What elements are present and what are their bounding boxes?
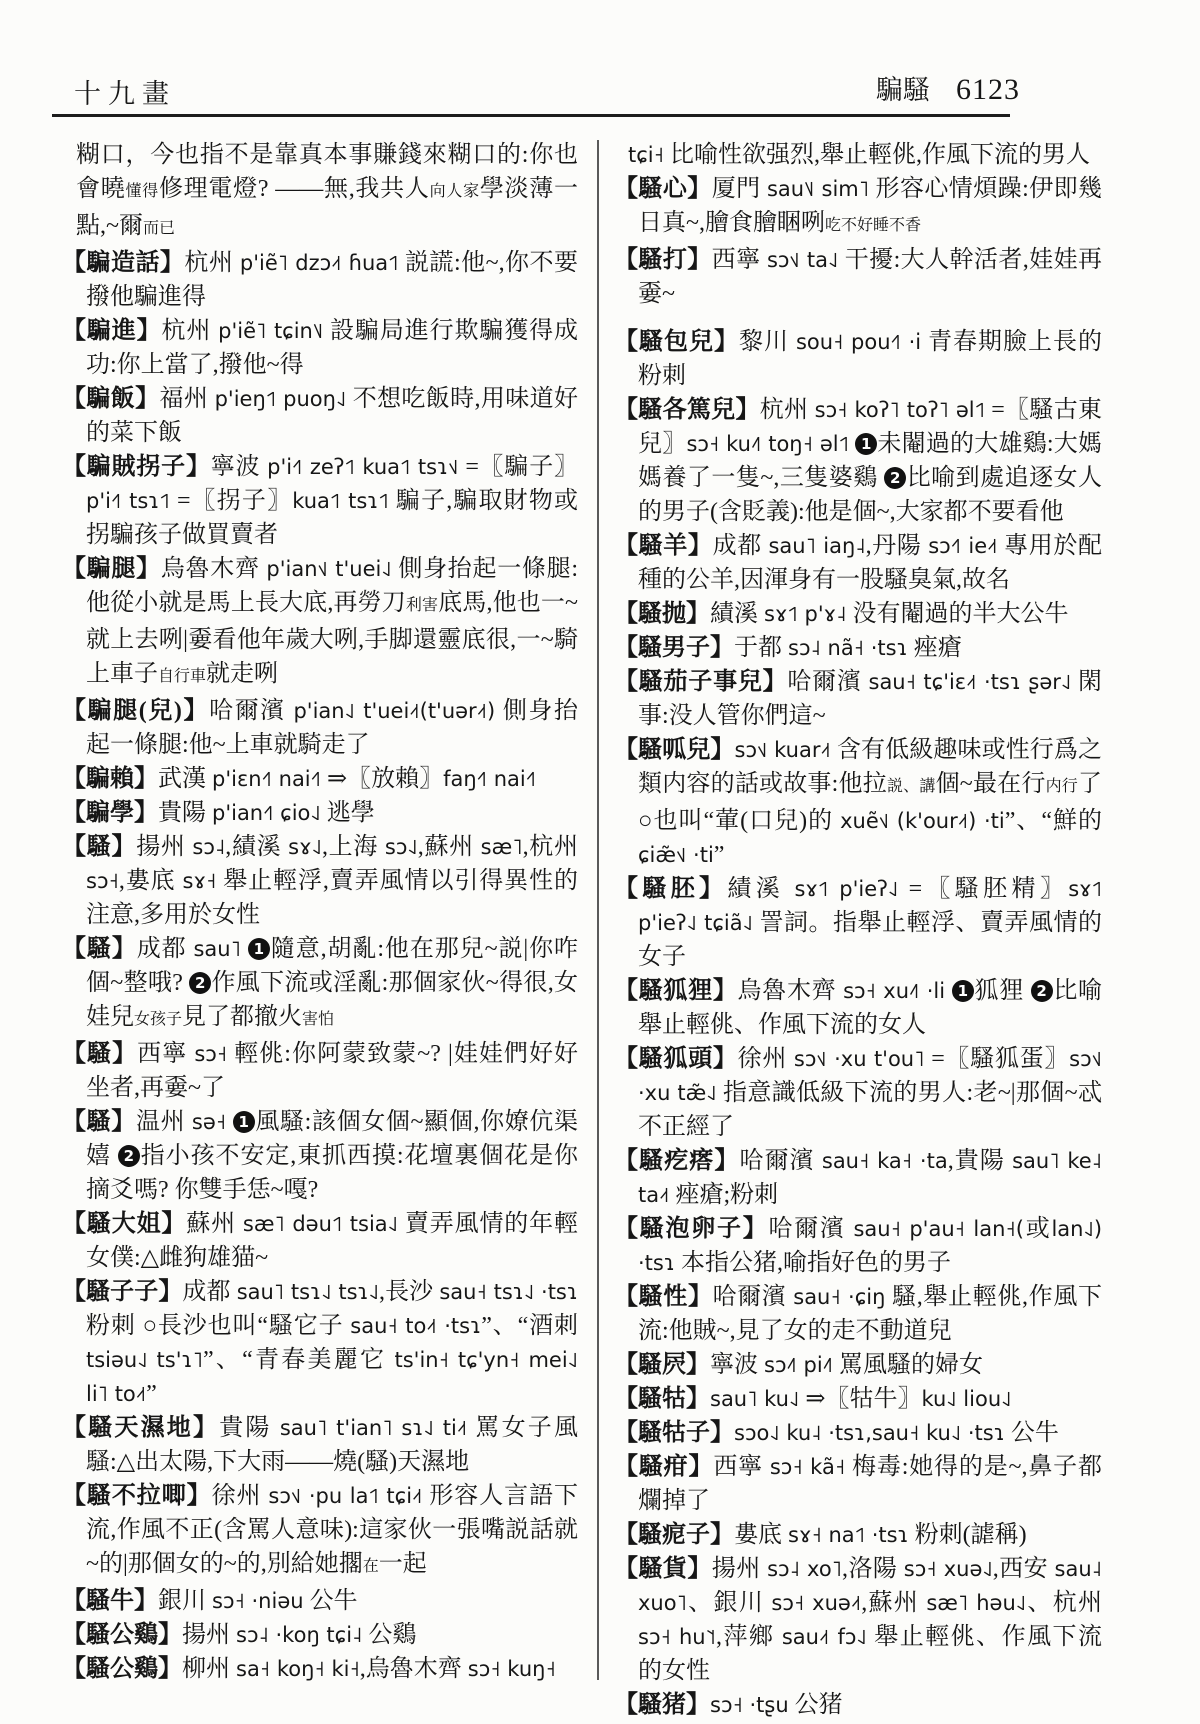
entry-headword: 【騷】	[62, 834, 136, 860]
pronunciation: sau˥ tsɿ˨˩ tsɿ˨˩	[237, 1280, 379, 1304]
pronunciation: sau˧ ka˧ ·ta	[822, 1149, 948, 1173]
pronunciation: tsiəu˨˩ ts'ɿ˥	[86, 1348, 203, 1372]
pronunciation: sɔ˧ kuŋ˧	[468, 1657, 556, 1681]
dict-entry: 【騷包兒】黎川 sou˧ pou˧˥ ·i 青春期臉上長的粉刺	[614, 325, 1102, 393]
dict-entry: 【騷】温州 sə˧ 1風騷:該個女個~顯個,你嫽伉渠嬉 2指小孩不安定,東抓西摸…	[62, 1105, 578, 1207]
definition-text: 揚州	[712, 1556, 767, 1582]
dict-entry: 【騙賴】武漢 p'iɛn˧˥ nai˧˥ ⇒〖放賴〗faŋ˧˥ nai˧˥	[62, 762, 578, 796]
definition-text: 杭州	[184, 250, 239, 276]
pronunciation: ku˨˩ liou˨˩	[921, 1387, 1011, 1411]
definition-text: ,萍鄉	[716, 1624, 782, 1650]
entry-headword: 【騙腿(兒)】	[62, 698, 209, 724]
annotation-small: 而已	[143, 220, 175, 237]
definition-text: ,貴陽	[948, 1148, 1012, 1174]
entry-headword: 【騷疙瘩】	[614, 1148, 739, 1174]
pronunciation: sɔ˨	[192, 835, 225, 859]
pronunciation: sou˧ pou˧˥ ·i	[796, 330, 921, 354]
entry-headword: 【騷心】	[614, 176, 712, 202]
definition-text: ”、“鮮的	[1005, 808, 1102, 834]
pronunciation: sɤ˦˥ p'ieʔ˨˩	[794, 877, 898, 901]
entry-headword: 【騷打】	[614, 247, 712, 273]
definition-text: ⇒〖放賴〗	[321, 766, 443, 792]
definition-text: 哈爾濱	[739, 1148, 821, 1174]
definition-text: 罵風騷的婦女	[833, 1352, 983, 1378]
entry-headword: 【騷公鷄】	[62, 1622, 182, 1648]
dict-entry: 【騷打】西寧 sɔ˦˩ ta˨˩ 干擾:大人幹活者,娃娃再嫑~	[614, 243, 1102, 311]
entry-headword: 【騷各篤兒】	[614, 397, 760, 423]
definition-text: 揚州	[182, 1622, 236, 1648]
dict-entry: 【騷】揚州 sɔ˨,績溪 sɤ˨˩,上海 sɔ˨˩,蘇州 sæ˥,杭州 sɔ˧,…	[62, 830, 578, 932]
definition-text: ”、“酒刺	[481, 1313, 578, 1339]
pronunciation: sau˥	[193, 937, 240, 961]
pronunciation: kua˦˥ tsɿ˦˥	[292, 489, 389, 513]
definition-text: 見了都撤火	[182, 1004, 302, 1030]
definition-text: 成都	[182, 1279, 236, 1305]
dict-entry: 【騙進】杭州 p'iẽ˥ tɕin˥˩ 設騙局進行欺騙獲得成功:你上當了,撥他~…	[62, 314, 578, 382]
sense-number-badge: 1	[248, 938, 270, 960]
dict-entry: 【騷不拉唧】徐州 sɔ˦˩ ·pu la˦˥ tɕi˨˦ 形容人言語下流,作風不…	[62, 1479, 578, 1584]
header-section-label: 十九畫	[74, 72, 176, 111]
entry-headword: 【騷狐頭】	[614, 1046, 738, 1072]
dict-entry: 【騙賊拐子】寧波 p'i˧˥ zeʔ˦˥ kua˦˥ tsɿ˦˩ =〖騙子〗p'…	[62, 450, 578, 552]
entry-headword: 【騙賊拐子】	[62, 454, 211, 480]
definition-text: 績溪	[727, 876, 794, 902]
definition-text: 貴陽	[219, 1415, 280, 1441]
definition-text: 武漢	[158, 766, 212, 792]
dict-entry: 【騷】成都 sau˥ 1隨意,胡亂:他在那兒~説|你咋個~整哦? 2作風下流或淫…	[62, 932, 578, 1037]
pronunciation: p'ian˧˥ ɕio˨˩	[212, 801, 321, 825]
dict-entry: 【騷抛】績溪 sɤ˦˥ p'ɤ˨ 没有閹過的半大公牛	[614, 597, 1102, 631]
dict-entry: 【騷泡卵子】哈爾濱 sau˧ p'au˧ lan˧(或lan˨˩) ·tsɿ 本…	[614, 1212, 1102, 1280]
entry-headword: 【騙學】	[62, 800, 158, 826]
pronunciation: sau˨˦ fɔ˨˩	[782, 1625, 867, 1649]
header-right: 騙騷6123	[876, 68, 1020, 107]
annotation-small: 自行車	[158, 668, 206, 685]
definition-text: 温州	[136, 1109, 192, 1135]
pronunciation: sau˧ p'au˧ lan˧(	[853, 1217, 1024, 1241]
dict-entry: 【騷呱兒】sɔ˦˩ kuar˨˦ 含有低級趣味或性行爲之類内容的話或故事:他拉説…	[614, 733, 1102, 872]
annotation-small: 女孩子	[134, 1011, 182, 1028]
pronunciation: sɤ˧ na˦˥ ·tsɿ	[788, 1523, 909, 1547]
pronunciation: sɔ˧ ·niəu	[212, 1589, 304, 1613]
dict-entry: 【騙飯】福州 p'ieŋ˦˥ puoŋ˨˩ 不想吃飯時,用味道好的菜下飯	[62, 382, 578, 450]
pronunciation: p'iẽ˥ dzɔ˨˦ ɦua˦˥	[240, 251, 399, 275]
definition-text: ⇒〖牯牛〗	[799, 1386, 921, 1412]
entry-headword: 【騷茄子事兒】	[614, 669, 787, 695]
definition-text: 哈爾濱	[768, 1216, 853, 1242]
entry-headword: 【騷天濕地】	[62, 1415, 219, 1441]
pronunciation: sɔ˧ ·tʂu	[710, 1693, 789, 1717]
definition-text: =〖騷胚精〗	[898, 876, 1068, 902]
entry-headword: 【騷狐狸】	[614, 978, 738, 1004]
definition-text	[241, 936, 248, 962]
entry-headword: 【騷羊】	[614, 533, 713, 559]
annotation-small: 懂得	[125, 183, 158, 200]
right-column: tɕi˧ 比喻性欲强烈,舉止輕佻,作風下流的男人【騷心】厦門 sau˥˩ sim…	[614, 138, 1102, 1722]
annotation-small: 説、講	[887, 778, 936, 795]
entry-headword: 【騙腿】	[62, 556, 161, 582]
dict-entry: 【騷狐狸】烏魯木齊 sɔ˧ xu˨˥ ·li 1狐狸 2比喻舉止輕佻、作風下流的…	[614, 974, 1102, 1042]
pronunciation: p'iɛn˧˥ nai˧˥	[212, 767, 321, 791]
definition-text: 成都	[137, 936, 194, 962]
entry-headword: 【騷牛】	[62, 1588, 158, 1614]
definition-text: 粉刺(謔稱)	[909, 1522, 1027, 1548]
dict-entry: 【騙造話】杭州 p'iẽ˥ dzɔ˨˦ ɦua˦˥ 説謊:他~,你不要撥他騙進得	[62, 246, 578, 314]
pronunciation: faŋ˧˥ nai˧˥	[443, 767, 536, 791]
definition-text: 成都	[713, 533, 769, 559]
header-page-number: 6123	[956, 73, 1020, 106]
pronunciation: sə˧	[192, 1110, 226, 1134]
entry-headword: 【騙造話】	[62, 250, 184, 276]
pronunciation: p'i˧˥ zeʔ˦˥ kua˦˥ tsɿ˦˩	[267, 455, 458, 479]
entry-headword: 【騙進】	[62, 318, 162, 344]
pronunciation: p'iẽ˥ tɕin˥˩	[218, 319, 323, 343]
dictionary-page: 十九畫 騙騷6123 糊口，今也指不是靠真本事賺錢來糊口的:你也會曉懂得修理電燈…	[0, 0, 1200, 1724]
pronunciation: sɔ˨ ·koŋ tɕi˨	[236, 1623, 362, 1647]
pronunciation: sɔ˦˩ ta˨˩	[767, 248, 838, 272]
pronunciation: sɔ˧ kã˧	[770, 1455, 845, 1479]
dict-entry: 【騙腿】烏魯木齊 p'ian˦˩ t'uei˨˩ 側身抬起一條腿:他從小就是馬上…	[62, 552, 578, 694]
definition-text: 就走咧	[206, 661, 278, 687]
pronunciation: sɔ˧ xuə˨˦	[771, 1591, 861, 1615]
entry-headword: 【騙賴】	[62, 766, 158, 792]
definition-text: 徐州	[738, 1046, 794, 1072]
entry-headword: 【騷】	[62, 936, 137, 962]
dict-entry: 【騷天濕地】貴陽 sau˥ t'ian˥ sɿ˨˩ ti˨˦ 罵女子風騷:△出太…	[62, 1411, 578, 1479]
left-column: 糊口，今也指不是靠真本事賺錢來糊口的:你也會曉懂得修理電燈? ——無,我共人向人…	[62, 138, 578, 1686]
dict-entry: 【騷羊】成都 sau˥ iaŋ˨,丹陽 sɔ˧˥ ie˨˦ 專用於配種的公羊,因…	[614, 529, 1102, 597]
definition-text: 指小孩不安定,東抓西摸:花壇裏個花是你摘爻嗎? 你雙手恁~嘎?	[86, 1143, 578, 1203]
definition-text: 没有閹過的半大公牛	[846, 601, 1068, 627]
annotation-small: 向人家	[430, 183, 480, 200]
entry-headword: 【騷牯子】	[614, 1420, 734, 1446]
dict-entry: 【騷屄】寧波 sɔ˨˥ pi˨˥ 罵風騷的婦女	[614, 1348, 1102, 1382]
sense-number-badge: 2	[1031, 980, 1053, 1002]
definition-text: 公鷄	[362, 1622, 416, 1648]
entry-headword: 【騷不拉唧】	[62, 1483, 212, 1509]
entry-headword: 【騷泡卵子】	[614, 1216, 768, 1242]
column-divider	[597, 140, 599, 1680]
definition-text: ,洛陽	[842, 1556, 904, 1582]
entry-headword: 【騷胚】	[614, 876, 727, 902]
definition-text	[226, 1109, 233, 1135]
dict-entry: 【騷茄子事兒】哈爾濱 sau˧ tɕ'iɛ˨˦ ·tsɿ ʂər˨˩ 閑事:没人…	[614, 665, 1102, 733]
definition-text: 一起	[379, 1551, 427, 1577]
definition-text: 西寧	[137, 1041, 194, 1067]
entry-headword: 【騷公鷄】	[62, 1656, 182, 1682]
annotation-small: 内行	[1046, 778, 1078, 795]
pronunciation: p'ieŋ˦˥ puoŋ˨˩	[215, 387, 347, 411]
dict-entry: 【騷】西寧 sɔ˧ 輕佻:你阿蒙致蒙~? |娃娃們好好坐者,再嫑~了	[62, 1037, 578, 1105]
dict-entry: 【騷公鷄】揚州 sɔ˨ ·koŋ tɕi˨ 公鷄	[62, 1618, 578, 1652]
pronunciation: sau˧ tsɿ˨˩ ·tsɿ	[439, 1280, 578, 1304]
definition-text: ,長沙	[379, 1279, 439, 1305]
pronunciation: sɔ˧ ku˨˥ toŋ˧ əl˦˥	[686, 432, 849, 456]
definition-text: 哈爾濱	[209, 698, 293, 724]
pronunciation: sɔ˧ hu˥˦	[638, 1625, 716, 1649]
definition-text: 公牛	[1005, 1420, 1059, 1446]
pronunciation: p'ian˨˩ t'uei˨˦(t'uər˨˦)	[293, 699, 495, 723]
dict-entry: 【騷牯子】sɔo˨˩ ku˨ ·tsɿ,sau˧ ku˨˩ ·tsɿ 公牛	[614, 1416, 1102, 1450]
definition-text: 貴陽	[158, 800, 212, 826]
dict-entry: 【騷大姐】蘇州 sæ˥ dəu˦˥ tsia˨˩ 賣弄風情的年輕女僕:△雌狗雄猫…	[62, 1207, 578, 1275]
pronunciation: ɕiæ̃˦˩ ·ti	[638, 843, 714, 867]
pronunciation: sæ˥	[481, 835, 523, 859]
definition-text: =〖拐子〗	[170, 488, 292, 514]
dict-entry: 【騷男子】于都 sɔ˨ nã˧ ·tsɿ 痤瘡	[614, 631, 1102, 665]
dict-entry: tɕi˧ 比喻性欲强烈,舉止輕佻,作風下流的男人	[614, 138, 1102, 172]
dict-entry: 【騷心】厦門 sau˥˩ sim˥ 形容心情煩躁:伊即幾日真~,膾食膾睏咧吃不好…	[614, 172, 1102, 243]
sense-number-badge: 2	[118, 1145, 140, 1167]
pronunciation: sɔ˧	[194, 1042, 227, 1066]
definition-text: 公牛	[304, 1588, 358, 1614]
dict-entry: 【騷痆子】婁底 sɤ˧ na˦˥ ·tsɿ 粉刺(謔稱)	[614, 1518, 1102, 1552]
header-rule	[52, 114, 1010, 117]
definition-text: 痤瘡;粉刺	[669, 1182, 778, 1208]
entry-headword: 【騷貨】	[614, 1556, 712, 1582]
pronunciation: sau˧ ·ɕiŋ	[793, 1285, 885, 1309]
pronunciation: sau˥ iaŋ˨	[768, 534, 865, 558]
definition-text: 寧波	[211, 454, 267, 480]
entry-headword: 【騷疳】	[614, 1454, 713, 1480]
pronunciation: sau˥ t'ian˥ sɿ˨˩ ti˨˦	[280, 1416, 467, 1440]
entry-headword: 【騷子子】	[62, 1279, 182, 1305]
definition-text	[945, 978, 952, 1004]
dict-entry: 【騙腿(兒)】哈爾濱 p'ian˨˩ t'uei˨˦(t'uər˨˦) 側身抬起…	[62, 694, 578, 762]
annotation-small: 在	[363, 1558, 379, 1575]
definition-text: 本指公猪,喻指好色的男子	[675, 1250, 951, 1276]
definition-text: ,績溪	[225, 834, 288, 860]
pronunciation: p'i˧˥ tsɿ˦˥	[86, 489, 170, 513]
definition-text: 西寧	[712, 247, 767, 273]
entry-headword: 【騷包兒】	[614, 329, 739, 355]
header-headword-range: 騙騷	[876, 75, 930, 105]
pronunciation: sa˧ koŋ˧ ki˧	[236, 1657, 360, 1681]
definition-text: ,西安	[993, 1556, 1055, 1582]
definition-text: 個~最在行	[936, 771, 1046, 797]
definition-text: 銀川	[158, 1588, 212, 1614]
pronunciation: sɔ˨ nã˧ ·tsɿ	[788, 636, 908, 660]
pronunciation: p'ian˦˩ t'uei˨˩	[266, 557, 391, 581]
dict-entry: 【騷牛】銀川 sɔ˧ ·niəu 公牛	[62, 1584, 578, 1618]
definition-text: 比喻性欲强烈,舉止輕佻,作風下流的男人	[664, 142, 1090, 168]
entry-headword: 【騷牯】	[614, 1386, 710, 1412]
definition-text: ,丹陽	[866, 533, 929, 559]
definition-text: 或	[1024, 1216, 1052, 1242]
definition-text: 痤瘡	[908, 635, 962, 661]
pronunciation: sau˥ ku˨˩	[710, 1387, 799, 1411]
pronunciation: sɤ˨˩	[288, 835, 322, 859]
dict-entry: 【騷猪】sɔ˧ ·tʂu 公猪	[614, 1688, 1102, 1722]
definition-text: 烏魯木齊	[161, 556, 267, 582]
dict-entry: 【騷性】哈爾濱 sau˧ ·ɕiŋ 騷,舉止輕佻,作風下流:他賊~,見了女的走不…	[614, 1280, 1102, 1348]
entry-headword: 【騷性】	[614, 1284, 713, 1310]
entry-headword: 【騷呱兒】	[614, 737, 735, 763]
definition-text: 徐州	[212, 1483, 269, 1509]
pronunciation: sɔ˨˥ pi˨˥	[764, 1353, 833, 1377]
dict-entry: 【騙學】貴陽 p'ian˧˥ ɕio˨˩ 逃學	[62, 796, 578, 830]
sense-number-badge: 1	[855, 433, 877, 455]
definition-text: 寧波	[710, 1352, 764, 1378]
definition-text: ”、“青春美麗它	[203, 1347, 395, 1373]
definition-text: ,杭州	[523, 834, 578, 860]
pronunciation: sau˧ to˨˦ ·tsɿ	[350, 1314, 481, 1338]
dict-entry: 【騷狐頭】徐州 sɔ˦˩ ·xu t'ou˥ =〖騷狐蛋〗sɔ˦˩ ·xu tæ…	[614, 1042, 1102, 1144]
sense-number-badge: 2	[884, 467, 906, 489]
definition-text: 哈爾濱	[787, 669, 868, 695]
definition-text: 公猪	[789, 1692, 843, 1718]
pronunciation: sɔo˨˩ ku˨ ·tsɿ,sau˧ ku˨˩ ·tsɿ	[734, 1421, 1005, 1445]
pronunciation: sɤ˧	[183, 869, 217, 893]
dict-entry: 【騷公鷄】柳州 sa˧ koŋ˧ ki˧,烏魯木齊 sɔ˧ kuŋ˧	[62, 1652, 578, 1686]
dict-entry: 【騷貨】揚州 sɔ˨ xo˥,洛陽 sɔ˧ xuə˨˩,西安 sau˨ xuo˥…	[614, 1552, 1102, 1688]
dict-entry: 糊口，今也指不是靠真本事賺錢來糊口的:你也會曉懂得修理電燈? ——無,我共人向人…	[62, 138, 578, 246]
pronunciation: xuẽ˦˩ (k'our˨˦) ·ti	[840, 809, 1005, 833]
definition-text: 烏魯木齊	[738, 978, 844, 1004]
definition-text: ”	[146, 1381, 157, 1407]
pronunciation: sɔ˨˩	[385, 835, 418, 859]
annotation-small: 害怕	[302, 1011, 334, 1028]
dict-entry: 【騷疳】西寧 sɔ˧ kã˧ 梅毒:她得的是~,鼻子都爛掉了	[614, 1450, 1102, 1518]
entry-headword: 【騙飯】	[62, 386, 159, 412]
definition-text: ,蘇州	[418, 834, 481, 860]
definition-text: 厦門	[712, 176, 767, 202]
definition-text: 福州	[159, 386, 214, 412]
definition-text: 西寧	[713, 1454, 770, 1480]
definition-text: =〖騙子〗	[459, 454, 578, 480]
definition-text: ,烏魯木齊	[360, 1656, 468, 1682]
definition-text: 績溪	[710, 601, 764, 627]
definition-text: 黎川	[739, 329, 796, 355]
definition-text: 粉刺 ○長沙也叫“騷它子	[86, 1313, 350, 1339]
entry-headword: 【騷男子】	[614, 635, 734, 661]
definition-text: 狐狸	[974, 978, 1031, 1004]
entry-headword: 【騷抛】	[614, 601, 710, 627]
sense-number-badge: 1	[952, 980, 974, 1002]
definition-text: 婁底	[734, 1522, 788, 1548]
pronunciation: sɔ˧ koʔ˥ toʔ˥ əl˦˥	[815, 398, 985, 422]
pronunciation: sɔ˦˩ ·pu la˦˥ tɕi˨˦	[268, 1484, 422, 1508]
dict-entry: 【騷各篤兒】杭州 sɔ˧ koʔ˥ toʔ˥ əl˦˥ =〖騷古東兒〗sɔ˧ k…	[614, 393, 1102, 529]
definition-text: 杭州	[162, 318, 219, 344]
definition-text: ,婁底	[119, 868, 183, 894]
dict-entry: 【騷牯】sau˥ ku˨˩ ⇒〖牯牛〗ku˨˩ liou˨˩	[614, 1382, 1102, 1416]
pronunciation: sau˧ tɕ'iɛ˨˦ ·tsɿ ʂər˨˩	[869, 670, 1072, 694]
pronunciation: sau˥˩ sim˥	[767, 177, 869, 201]
pronunciation: sɔ˦˩ kuar˨˦	[735, 738, 831, 762]
definition-text: ”	[714, 842, 725, 868]
pronunciation: tɕi˧	[628, 143, 664, 167]
entry-headword: 【騷猪】	[614, 1692, 710, 1718]
entry-headword: 【騷】	[62, 1041, 137, 1067]
annotation-small: 利害	[406, 597, 438, 614]
definition-text: 逃學	[321, 800, 375, 826]
pronunciation: sɔ˨ xo˥	[767, 1557, 842, 1581]
sense-number-badge: 1	[233, 1111, 255, 1133]
sense-number-badge: 2	[189, 972, 211, 994]
definition-text: 杭州	[760, 397, 815, 423]
definition-text: 、杭州	[1026, 1590, 1102, 1616]
entry-headword: 【騷痆子】	[614, 1522, 734, 1548]
dict-entry: 【騷子子】成都 sau˥ tsɿ˨˩ tsɿ˨˩,長沙 sau˧ tsɿ˨˩ ·…	[62, 1275, 578, 1411]
definition-text: 揚州	[136, 834, 192, 860]
pronunciation: sɤ˦˥ p'ɤ˨	[764, 602, 846, 626]
definition-text: 柳州	[182, 1656, 236, 1682]
definition-text: 、銀川	[687, 1590, 771, 1616]
definition-text: 修理電燈? ——無,我共人	[159, 176, 430, 202]
dict-entry: 【騷胚】績溪 sɤ˦˥ p'ieʔ˨˩ =〖騷胚精〗sɤ˦˥ p'ieʔ˨˩ t…	[614, 872, 1102, 974]
dict-entry: 【騷疙瘩】哈爾濱 sau˧ ka˧ ·ta,貴陽 sau˥ ke˨ ta˨˦ 痤…	[614, 1144, 1102, 1212]
annotation-small: 吃不好睡不香	[825, 217, 921, 234]
pronunciation: sɔ˧ xuə˨˩	[904, 1557, 993, 1581]
entry-headword: 【騷大姐】	[62, 1211, 186, 1237]
pronunciation: sæ˥ dəu˦˥ tsia˨˩	[243, 1212, 398, 1236]
definition-text: 于都	[734, 635, 788, 661]
entry-headword: 【騷】	[62, 1109, 136, 1135]
definition-text: =〖騷狐蛋〗	[924, 1046, 1069, 1072]
entry-headword: 【騷屄】	[614, 1352, 710, 1378]
definition-text: ,上海	[322, 834, 385, 860]
pronunciation: sɔ˧ xu˨˥ ·li	[843, 979, 945, 1003]
definition-text: 哈爾濱	[713, 1284, 794, 1310]
definition-text: ,蘇州	[861, 1590, 926, 1616]
pronunciation: sɔ˦˩ ·xu t'ou˥	[794, 1047, 925, 1071]
pronunciation: sɔ˧	[86, 869, 119, 893]
pronunciation: sæ˥ həu˨˩	[926, 1591, 1026, 1615]
pronunciation: sɔ˧˥ ie˨˦	[928, 534, 997, 558]
definition-text: 蘇州	[186, 1211, 243, 1237]
